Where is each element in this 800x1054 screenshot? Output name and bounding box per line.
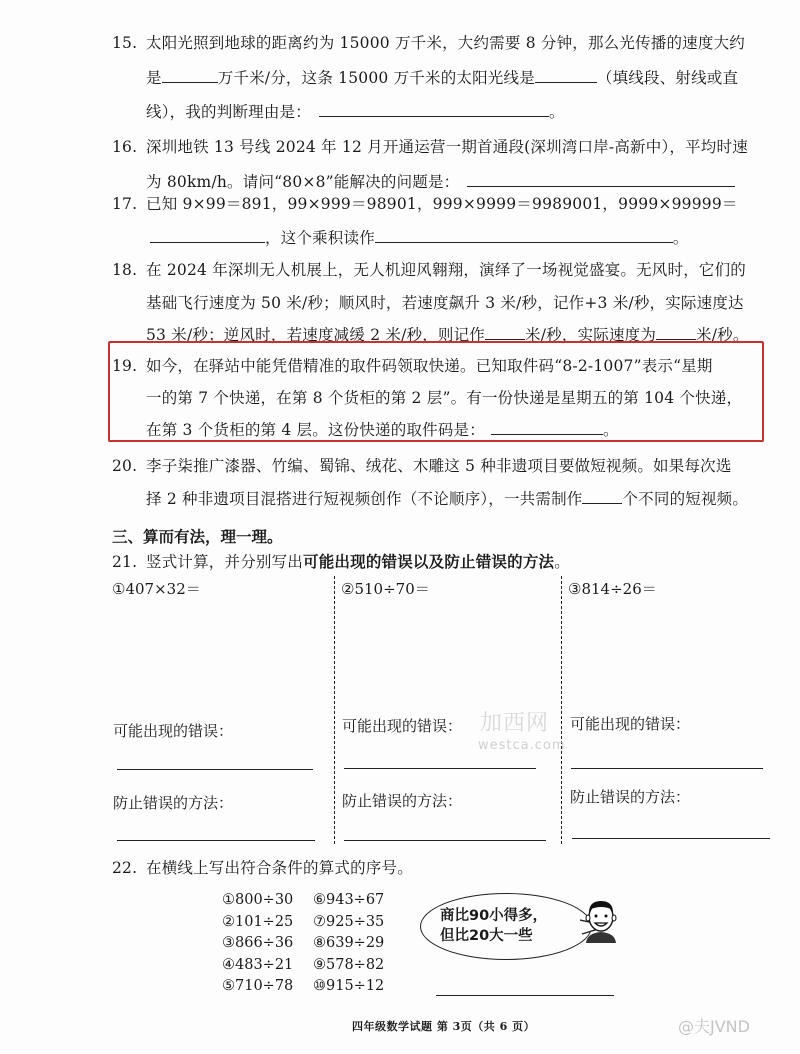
method-label: 防止错误的方法： (113, 792, 233, 813)
question-number: 19. (112, 349, 137, 383)
weibo-watermark: @夫JVND (678, 1014, 750, 1037)
answer-blank[interactable] (375, 226, 673, 243)
answer-line[interactable] (117, 840, 315, 841)
question-number: 18. (112, 253, 137, 287)
answer-line[interactable] (571, 768, 763, 769)
question-number: 21. (112, 545, 137, 579)
question-text: 如今，在驿站中能凭借精准的取件码领取快递。已知取件码“8-2-1007”表示“星… (146, 349, 713, 383)
method-label: 防止错误的方法： (342, 790, 462, 811)
question-text: 已知 9×99＝891，99×999＝98901，999×9999＝998900… (146, 187, 738, 221)
calc-expression-3: ③814÷26＝ (568, 578, 657, 599)
error-label: 可能出现的错误： (113, 720, 233, 741)
question-number: 16. (112, 130, 137, 164)
question-text-line2: 基础飞行速度为 50 米/秒；顺风时，若速度飙升 3 米/秒，记作+3 米/秒，… (146, 286, 744, 320)
calc-expression-2: ②510÷70＝ (341, 578, 430, 599)
question-text: 太阳光照到地球的距离约为 15000 万千米，大约需要 8 分钟，那么光传播的速… (146, 26, 745, 60)
question-text: 深圳地铁 13 号线 2024 年 12 月开通运营一期首通段(深圳湾口岸-高新… (146, 130, 748, 164)
question-number: 15. (112, 26, 137, 60)
answer-blank[interactable] (535, 66, 597, 83)
answer-line[interactable] (344, 840, 546, 841)
question-text: 在横线上写出符合条件的算式的序号。 (146, 851, 413, 885)
answer-blank[interactable] (162, 66, 218, 83)
exam-page: 15. 太阳光照到地球的距离约为 15000 万千米，大约需要 8 分钟，那么光… (0, 0, 800, 1054)
question-text-line3: 在第 3 个货柜的第 4 层。这份快递的取件码是：。 (146, 413, 619, 447)
calc-expression-1: ①407×32＝ (112, 578, 201, 599)
question-text-line2: 择 2 种非遗项目混搭进行短视频创作（不论顺序），一共需制作个不同的短视频。 (146, 482, 748, 516)
answer-line[interactable] (344, 768, 536, 769)
error-label: 可能出现的错误： (570, 713, 690, 734)
question-number: 17. (112, 187, 137, 221)
column-divider (334, 576, 335, 844)
answer-blank[interactable] (467, 170, 735, 187)
question-text: 李子柒推广漆器、竹编、蜀锦、绒花、木雕这 5 种非遗项目要做短视频。如果每次选 (146, 449, 732, 483)
answer-blank[interactable] (582, 487, 622, 504)
question-text-line2: 一的第 7 个快递，在第 8 个货柜的第 2 层”。有一份快递是星期五的第 10… (146, 381, 742, 415)
question-text: 竖式计算，并分别写出可能出现的错误以及防止错误的方法。 (146, 545, 570, 579)
error-label: 可能出现的错误： (342, 715, 462, 736)
question-text-line2: ，这个乘积读作。 (146, 221, 689, 255)
answer-blank[interactable] (319, 100, 549, 117)
answer-blank[interactable] (656, 323, 696, 340)
section-title: 三、算而有法，理一理。 (112, 525, 283, 547)
speech-bubble-text: 商比90小得多， 但比20大一些 (440, 906, 547, 946)
cartoon-boy-icon (583, 897, 619, 943)
question-number: 20. (112, 449, 137, 483)
method-label: 防止错误的方法： (570, 786, 690, 807)
column-divider (561, 576, 562, 844)
options-right: ⑥943÷67 ⑦925÷35 ⑧639÷29 ⑨578÷82 ⑩915÷12 (313, 890, 384, 998)
answer-line[interactable] (436, 995, 614, 996)
answer-line[interactable] (572, 838, 770, 839)
answer-blank[interactable] (491, 418, 603, 435)
question-text-line3: 线），我的判断理由是：。 (146, 95, 565, 129)
answer-line[interactable] (117, 769, 313, 770)
options-left: ①800÷30 ②101÷25 ③866÷36 ④483÷21 ⑤710÷78 (222, 890, 293, 998)
site-watermark: 加西网 (480, 706, 549, 737)
question-text-line2: 是万千米/分，这条 15000 万千米的太阳光线是（填线段、射线或直 (146, 61, 738, 95)
answer-blank[interactable] (150, 226, 265, 243)
page-footer: 四年级数学试题 第 3页（共 6 页） (352, 1018, 535, 1034)
site-watermark-en: westca.com (478, 738, 566, 753)
answer-blank[interactable] (485, 323, 525, 340)
question-number: 22. (112, 851, 137, 885)
question-text: 在 2024 年深圳无人机展上，无人机迎风翱翔，演绎了一场视觉盛宴。无风时，它们… (146, 253, 746, 287)
